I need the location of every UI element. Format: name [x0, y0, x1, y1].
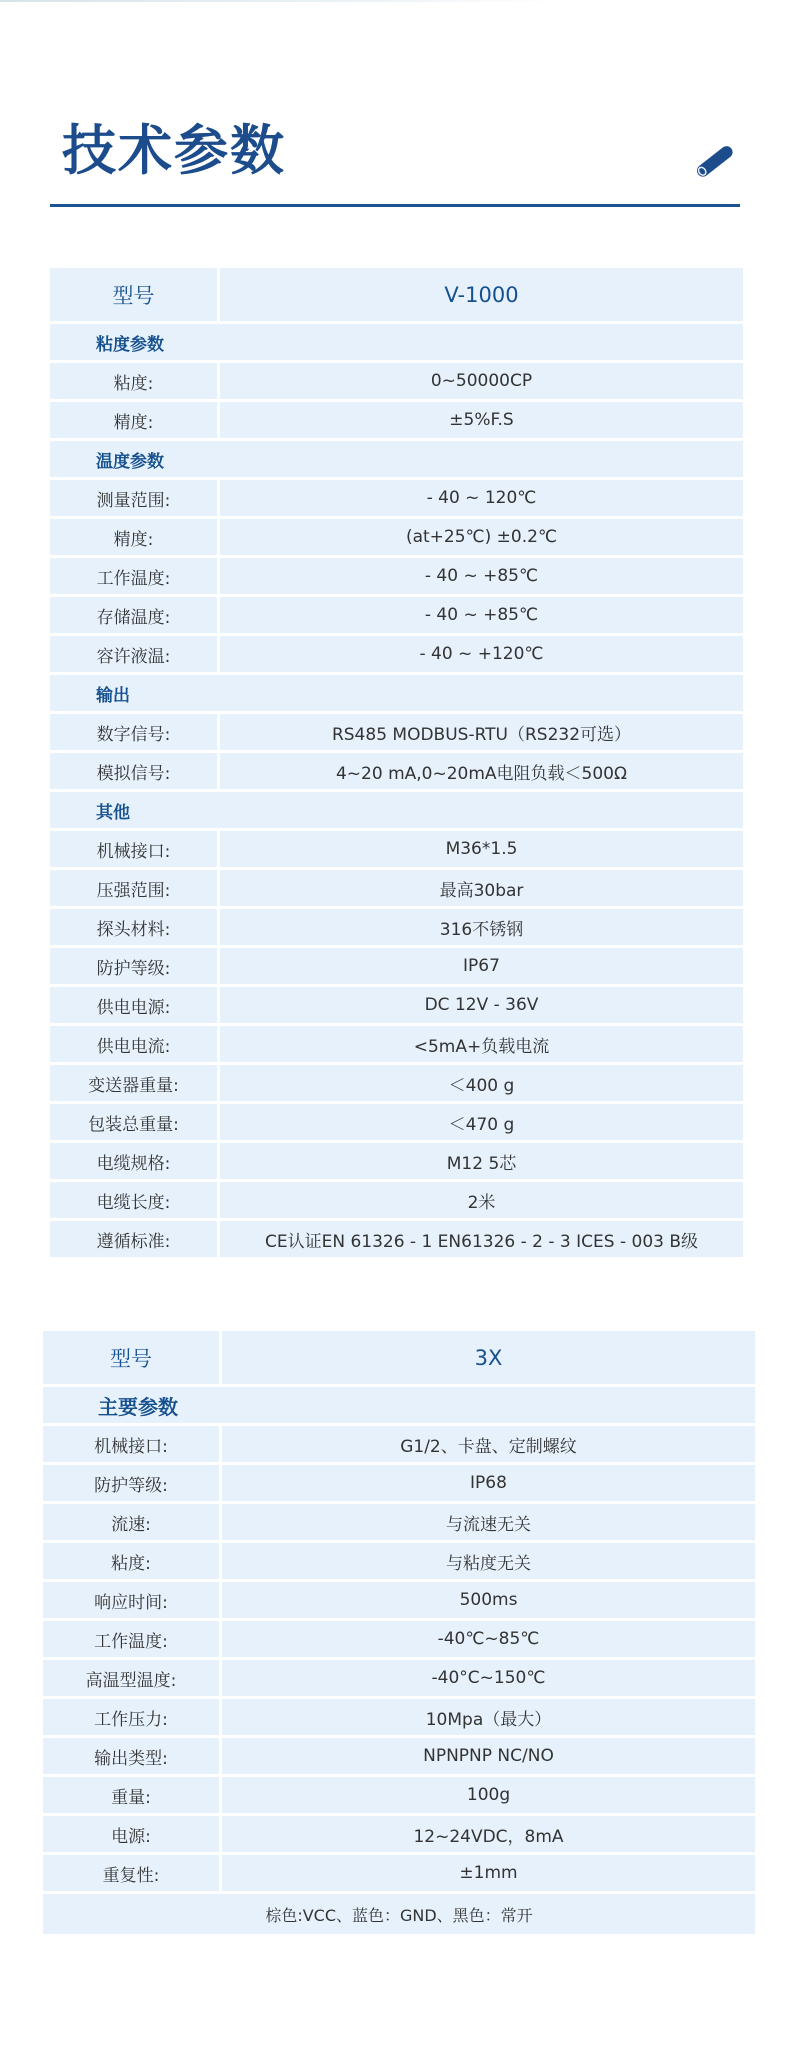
- row-value: ＜400 g: [220, 1065, 743, 1101]
- row-value: G1/2、卡盘、定制螺纹: [222, 1426, 755, 1462]
- table-row: 包装总重量:＜470 g: [50, 1104, 743, 1140]
- row-label: 电缆规格:: [50, 1143, 217, 1179]
- table-row: 测量范围:- 40 ~ 120℃: [50, 480, 743, 516]
- row-value: -40℃~85℃: [222, 1621, 755, 1657]
- section-title: 温度参数: [50, 441, 743, 477]
- row-label: 机械接口:: [43, 1426, 219, 1462]
- table-row: 压强范围:最高30bar: [50, 870, 743, 906]
- table-row: 遵循标准:CE认证EN 61326 - 1 EN61326 - 2 - 3 IC…: [50, 1221, 743, 1257]
- row-value: DC 12V - 36V: [220, 987, 743, 1023]
- table-row: 供电电流:<5mA+负载电流: [50, 1026, 743, 1062]
- row-label: 包装总重量:: [50, 1104, 217, 1140]
- row-label: 重复性:: [43, 1855, 219, 1891]
- row-value: CE认证EN 61326 - 1 EN61326 - 2 - 3 ICES - …: [220, 1221, 743, 1257]
- row-label: 测量范围:: [50, 480, 217, 516]
- table-row: 高温型温度:-40°C~150℃: [43, 1660, 755, 1696]
- row-value: 100g: [222, 1777, 755, 1813]
- section-title: 主要参数: [43, 1387, 755, 1423]
- row-label: 机械接口:: [50, 831, 217, 867]
- row-value: IP67: [220, 948, 743, 984]
- table-row: 存储温度:- 40 ~ +85℃: [50, 597, 743, 633]
- row-label: 电源:: [43, 1816, 219, 1852]
- row-label: 防护等级:: [43, 1465, 219, 1501]
- spec-table-3x: 型号 3X 主要参数 机械接口:G1/2、卡盘、定制螺纹 防护等级:IP68 流…: [43, 1331, 755, 1937]
- table-row: 输出类型:NPNPNP NC/NO: [43, 1738, 755, 1774]
- row-label: 流速:: [43, 1504, 219, 1540]
- row-label: 粘度:: [43, 1543, 219, 1579]
- table-row: 工作压力:10Mpa（最大）: [43, 1699, 755, 1735]
- table-row: 模拟信号:4~20 mA,0~20mA电阻负载＜500Ω: [50, 753, 743, 789]
- row-label: 响应时间:: [43, 1582, 219, 1618]
- top-decor-bar: [0, 0, 560, 2]
- spec-table-v1000: 型号 V-1000 粘度参数 粘度:0~50000CP 精度:±5%F.S 温度…: [50, 268, 743, 1260]
- table-row: 探头材料:316不锈钢: [50, 909, 743, 945]
- section-title: 输出: [50, 675, 743, 711]
- row-value: IP68: [222, 1465, 755, 1501]
- table-row: 流速:与流速无关: [43, 1504, 755, 1540]
- pen-icon: [690, 144, 738, 180]
- row-value: 4~20 mA,0~20mA电阻负载＜500Ω: [220, 753, 743, 789]
- row-value: 10Mpa（最大）: [222, 1699, 755, 1735]
- row-label: 工作温度:: [50, 558, 217, 594]
- row-label: 供电电源:: [50, 987, 217, 1023]
- table-row: 精度:(at+25℃) ±0.2℃: [50, 519, 743, 555]
- row-value: 与粘度无关: [222, 1543, 755, 1579]
- row-label: 输出类型:: [43, 1738, 219, 1774]
- row-label: 容许液温:: [50, 636, 217, 672]
- table-row: 电缆长度:2米: [50, 1182, 743, 1218]
- wiring-note: 棕色:VCC、蓝色：GND、黑色：常开: [43, 1894, 755, 1934]
- table-row: 工作温度:- 40 ~ +85℃: [50, 558, 743, 594]
- row-label: 工作压力:: [43, 1699, 219, 1735]
- wiring-note-row: 棕色:VCC、蓝色：GND、黑色：常开: [43, 1894, 755, 1934]
- row-label: 存储温度:: [50, 597, 217, 633]
- title-divider: [50, 204, 740, 207]
- table-header-row: 型号 V-1000: [50, 268, 743, 321]
- table-row: 机械接口:M36*1.5: [50, 831, 743, 867]
- row-value: <5mA+负载电流: [220, 1026, 743, 1062]
- section-row: 其他: [50, 792, 743, 828]
- row-value: 2米: [220, 1182, 743, 1218]
- section-row: 粘度参数: [50, 324, 743, 360]
- table-row: 重复性:±1mm: [43, 1855, 755, 1891]
- page-title: 技术参数: [62, 118, 286, 184]
- row-value: NPNPNP NC/NO: [222, 1738, 755, 1774]
- row-label: 高温型温度:: [43, 1660, 219, 1696]
- table-header-row: 型号 3X: [43, 1331, 755, 1384]
- table-row: 重量:100g: [43, 1777, 755, 1813]
- row-value: - 40 ~ 120℃: [220, 480, 743, 516]
- table-row: 机械接口:G1/2、卡盘、定制螺纹: [43, 1426, 755, 1462]
- table-row: 粘度:与粘度无关: [43, 1543, 755, 1579]
- row-label: 重量:: [43, 1777, 219, 1813]
- section-title: 其他: [50, 792, 743, 828]
- row-value: ±1mm: [222, 1855, 755, 1891]
- row-value: M36*1.5: [220, 831, 743, 867]
- table-row: 防护等级:IP68: [43, 1465, 755, 1501]
- row-value: - 40 ~ +85℃: [220, 597, 743, 633]
- table-row: 电缆规格:M12 5芯: [50, 1143, 743, 1179]
- row-value: 500ms: [222, 1582, 755, 1618]
- row-value: M12 5芯: [220, 1143, 743, 1179]
- table-row: 防护等级:IP67: [50, 948, 743, 984]
- row-label: 探头材料:: [50, 909, 217, 945]
- row-value: -40°C~150℃: [222, 1660, 755, 1696]
- row-label: 精度:: [50, 519, 217, 555]
- section-row: 主要参数: [43, 1387, 755, 1423]
- table-row: 精度:±5%F.S: [50, 402, 743, 438]
- table-row: 供电电源:DC 12V - 36V: [50, 987, 743, 1023]
- row-label: 防护等级:: [50, 948, 217, 984]
- section-row: 输出: [50, 675, 743, 711]
- row-value: 12~24VDC，8mA: [222, 1816, 755, 1852]
- table-row: 变送器重量:＜400 g: [50, 1065, 743, 1101]
- table-row: 容许液温:- 40 ~ +120℃: [50, 636, 743, 672]
- model-label: 型号: [43, 1331, 219, 1384]
- row-label: 模拟信号:: [50, 753, 217, 789]
- row-value: 最高30bar: [220, 870, 743, 906]
- section-title: 粘度参数: [50, 324, 743, 360]
- row-label: 工作温度:: [43, 1621, 219, 1657]
- row-value: - 40 ~ +85℃: [220, 558, 743, 594]
- model-value: V-1000: [220, 268, 743, 321]
- row-label: 粘度:: [50, 363, 217, 399]
- row-value: (at+25℃) ±0.2℃: [220, 519, 743, 555]
- row-label: 变送器重量:: [50, 1065, 217, 1101]
- row-value: ±5%F.S: [220, 402, 743, 438]
- row-value: ＜470 g: [220, 1104, 743, 1140]
- row-label: 压强范围:: [50, 870, 217, 906]
- table-row: 响应时间:500ms: [43, 1582, 755, 1618]
- table-row: 粘度:0~50000CP: [50, 363, 743, 399]
- row-label: 遵循标准:: [50, 1221, 217, 1257]
- row-label: 精度:: [50, 402, 217, 438]
- row-label: 电缆长度:: [50, 1182, 217, 1218]
- row-value: 与流速无关: [222, 1504, 755, 1540]
- model-label: 型号: [50, 268, 217, 321]
- row-value: 0~50000CP: [220, 363, 743, 399]
- table-row: 工作温度:-40℃~85℃: [43, 1621, 755, 1657]
- row-label: 数字信号:: [50, 714, 217, 750]
- table-row: 电源:12~24VDC，8mA: [43, 1816, 755, 1852]
- section-row: 温度参数: [50, 441, 743, 477]
- row-value: 316不锈钢: [220, 909, 743, 945]
- table-row: 数字信号:RS485 MODBUS-RTU（RS232可选）: [50, 714, 743, 750]
- row-value: RS485 MODBUS-RTU（RS232可选）: [220, 714, 743, 750]
- row-label: 供电电流:: [50, 1026, 217, 1062]
- row-value: - 40 ~ +120℃: [220, 636, 743, 672]
- model-value: 3X: [222, 1331, 755, 1384]
